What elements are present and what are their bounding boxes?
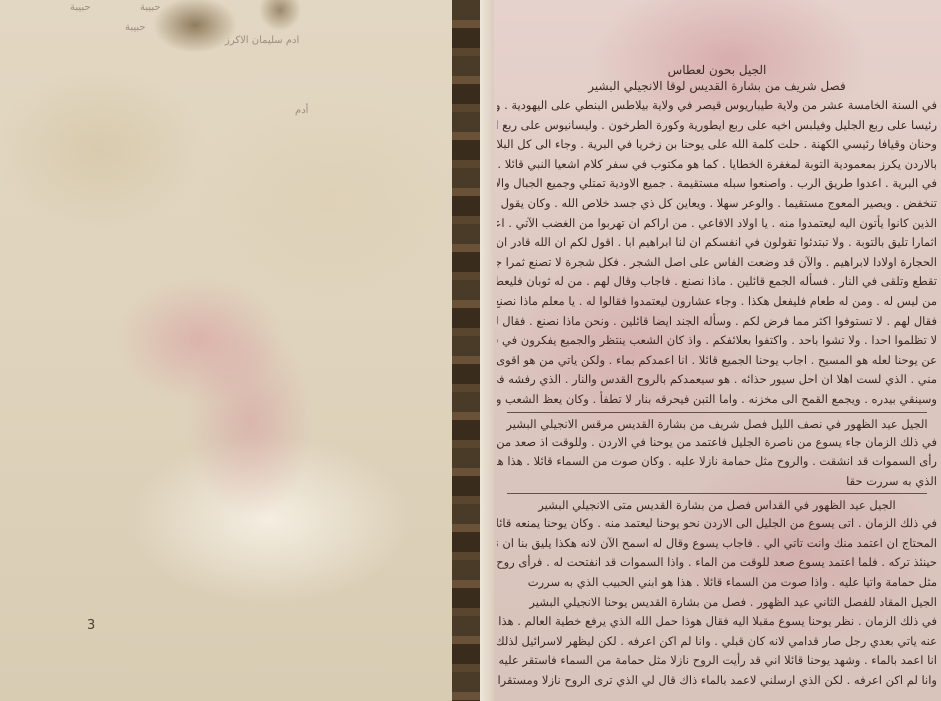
pencil-note: ادم سليمان الاكرز xyxy=(225,35,299,46)
text-line: رأى السموات قد انشقت . والروح مثل حمامة … xyxy=(497,452,937,472)
text-line: في ذلك الزمان جاء يسوع من ناصرة الجليل ف… xyxy=(497,433,937,453)
text-line: وانا لم اكن اعرفه . لكن الذي ارسلني لاعم… xyxy=(497,671,937,691)
pencil-note: حبيبة xyxy=(125,22,146,33)
heading-title: الجيل بحون لعطاس xyxy=(497,62,937,78)
page-edge xyxy=(480,0,494,701)
pencil-note: أدم xyxy=(295,105,308,116)
page-number: 3 xyxy=(87,618,95,633)
text-line: في البرية . اعدوا طريق الرب . واصنعوا سب… xyxy=(497,174,937,194)
heading-subtitle: فصل شريف من بشارة القديس لوقا الانجيلي ا… xyxy=(497,78,937,94)
section-divider xyxy=(507,412,927,413)
manuscript-spread: حبيبة حبيبة حبيبة ادم سليمان الاكرز أدم … xyxy=(0,0,941,701)
section-heading: الجيل عيد الظهور في القداس فصل من بشارة … xyxy=(497,496,937,514)
text-line: بالاردن يكرز بمعمودية التوبة لمغفرة الخط… xyxy=(497,155,937,175)
text-line: انا اعمد بالماء . وشهد يوحنا قائلا اني ق… xyxy=(497,651,937,671)
text-line: تقطع وتلقى في النار . فسأله الجمع قائلين… xyxy=(497,272,937,292)
text-line: عن يوحنا لعله هو المسيح . اجاب يوحنا الج… xyxy=(497,351,937,371)
manuscript-text: الجيل بحون لعطاس فصل شريف من بشارة القدي… xyxy=(497,62,937,691)
text-line: المحتاج ان اعتمد منك وانت تاتي الي . فاج… xyxy=(497,534,937,554)
text-line: وسينقي بيدره . ويجمع القمح الى مخزنه . و… xyxy=(497,390,937,410)
text-line: لا تظلموا احدا . ولا تشوا باحد . واكتفوا… xyxy=(497,331,937,351)
paragraph-3: في ذلك الزمان . اتى يسوع من الجليل الى ا… xyxy=(497,514,937,690)
text-line: الجيل المقاد للفصل الثاني عيد الظهور . ف… xyxy=(497,593,937,613)
text-line: من ليس له . ومن له طعام فليفعل هكذا . وج… xyxy=(497,292,937,312)
pencil-note: حبيبة xyxy=(70,2,91,13)
paragraph-2: في ذلك الزمان جاء يسوع من ناصرة الجليل ف… xyxy=(497,433,937,492)
text-line: الحجارة اولادا لابراهيم . والآن قد وضعت … xyxy=(497,253,937,273)
text-line: في ذلك الزمان . اتى يسوع من الجليل الى ا… xyxy=(497,514,937,534)
text-line: الذين كانوا يأتون اليه ليعتمدوا منه . يا… xyxy=(497,214,937,234)
text-line: وحنان وقيافا رئيسي الكهنة . حلت كلمة الل… xyxy=(497,135,937,155)
section-divider xyxy=(507,493,927,494)
text-line: رئيسا على ربع الجليل وفيلبس اخيه على ربع… xyxy=(497,116,937,136)
section-heading: الجيل عيد الظهور في نصف الليل فصل شريف م… xyxy=(497,415,937,433)
text-line: الذي به سررت حقا xyxy=(497,472,937,492)
text-line: في ذلك الزمان . نظر يوحنا يسوع مقبلا الي… xyxy=(497,612,937,632)
text-line: مثل حمامة واتيا عليه . واذا صوت من السما… xyxy=(497,573,937,593)
text-line: في السنة الخامسة عشر من ولاية طيباريوس ق… xyxy=(497,96,937,116)
pencil-note: حبيبة xyxy=(140,2,161,13)
text-line: تنخفض . ويصير المعوج مستقيما . والوعر سه… xyxy=(497,194,937,214)
text-line: حينئذ تركه . فلما اعتمد يسوع صعد للوقت م… xyxy=(497,553,937,573)
left-page: حبيبة حبيبة حبيبة ادم سليمان الاكرز أدم … xyxy=(0,0,458,701)
text-line: اثمارا تليق بالتوبة . ولا تبتدئوا تقولون… xyxy=(497,233,937,253)
text-line: مني . الذي لست اهلا ان احل سيور حذائه . … xyxy=(497,370,937,390)
text-line: فقال لهم . لا تستوفوا اكثر مما فرض لكم .… xyxy=(497,312,937,332)
text-line: عنه ياتي بعدي رجل صار قدامي لانه كان قبل… xyxy=(497,632,937,652)
paragraph-1: في السنة الخامسة عشر من ولاية طيباريوس ق… xyxy=(497,96,937,410)
